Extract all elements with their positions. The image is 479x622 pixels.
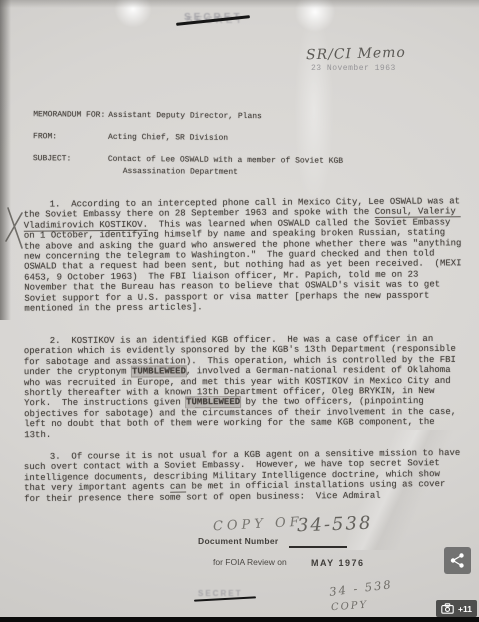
document-number-stamp: Document Number xyxy=(198,536,279,546)
share-button[interactable] xyxy=(444,547,471,574)
field-label: FROM: xyxy=(33,131,108,143)
memo-paragraph-1: 1. According to an intercepted phone cal… xyxy=(24,196,463,314)
memo-field-from: FROM: Acting Chief, SR Division xyxy=(33,131,453,146)
memo-field-for: MEMORANDUM FOR: Assistant Deputy Directo… xyxy=(33,109,453,124)
document-number-underline xyxy=(289,546,347,548)
foia-review-date-stamp: MAY 1976 xyxy=(311,558,365,568)
page-edge-shadow-top xyxy=(0,0,479,8)
handwritten-routing-note: SR/CI Memo xyxy=(306,45,406,64)
memo-paragraph-3: 3. Of course it is not usual for a KGB a… xyxy=(24,448,462,504)
memo-date: 23 November 1963 xyxy=(311,64,396,73)
handwritten-document-number: 34-538 xyxy=(297,513,373,537)
camera-icon xyxy=(441,603,454,614)
field-label: MEMORANDUM FOR: xyxy=(33,109,108,121)
viewer-bottom-border xyxy=(0,617,479,622)
page-edge-shadow xyxy=(0,0,11,320)
field-value: Assistant Deputy Director, Plans xyxy=(108,110,453,124)
memo-paragraph-2: 2. KOSTIKOV is an identified KGB officer… xyxy=(24,334,463,440)
field-label: SUBJECT: xyxy=(33,153,108,165)
memo-header: MEMORANDUM FOR: Assistant Deputy Directo… xyxy=(33,109,454,180)
field-value: Acting Chief, SR Division xyxy=(108,132,453,146)
photo-count-badge[interactable]: +11 xyxy=(436,600,477,617)
foia-review-stamp: for FOIA Review on xyxy=(213,557,287,567)
article-photo-viewer: SECRET SECRET SR/CI Memo 23 November 196… xyxy=(0,0,479,622)
share-icon xyxy=(449,552,466,569)
photo-count-label: +11 xyxy=(458,604,472,614)
memo-field-subject: SUBJECT: Contact of Lee OSWALD with a me… xyxy=(33,153,453,168)
